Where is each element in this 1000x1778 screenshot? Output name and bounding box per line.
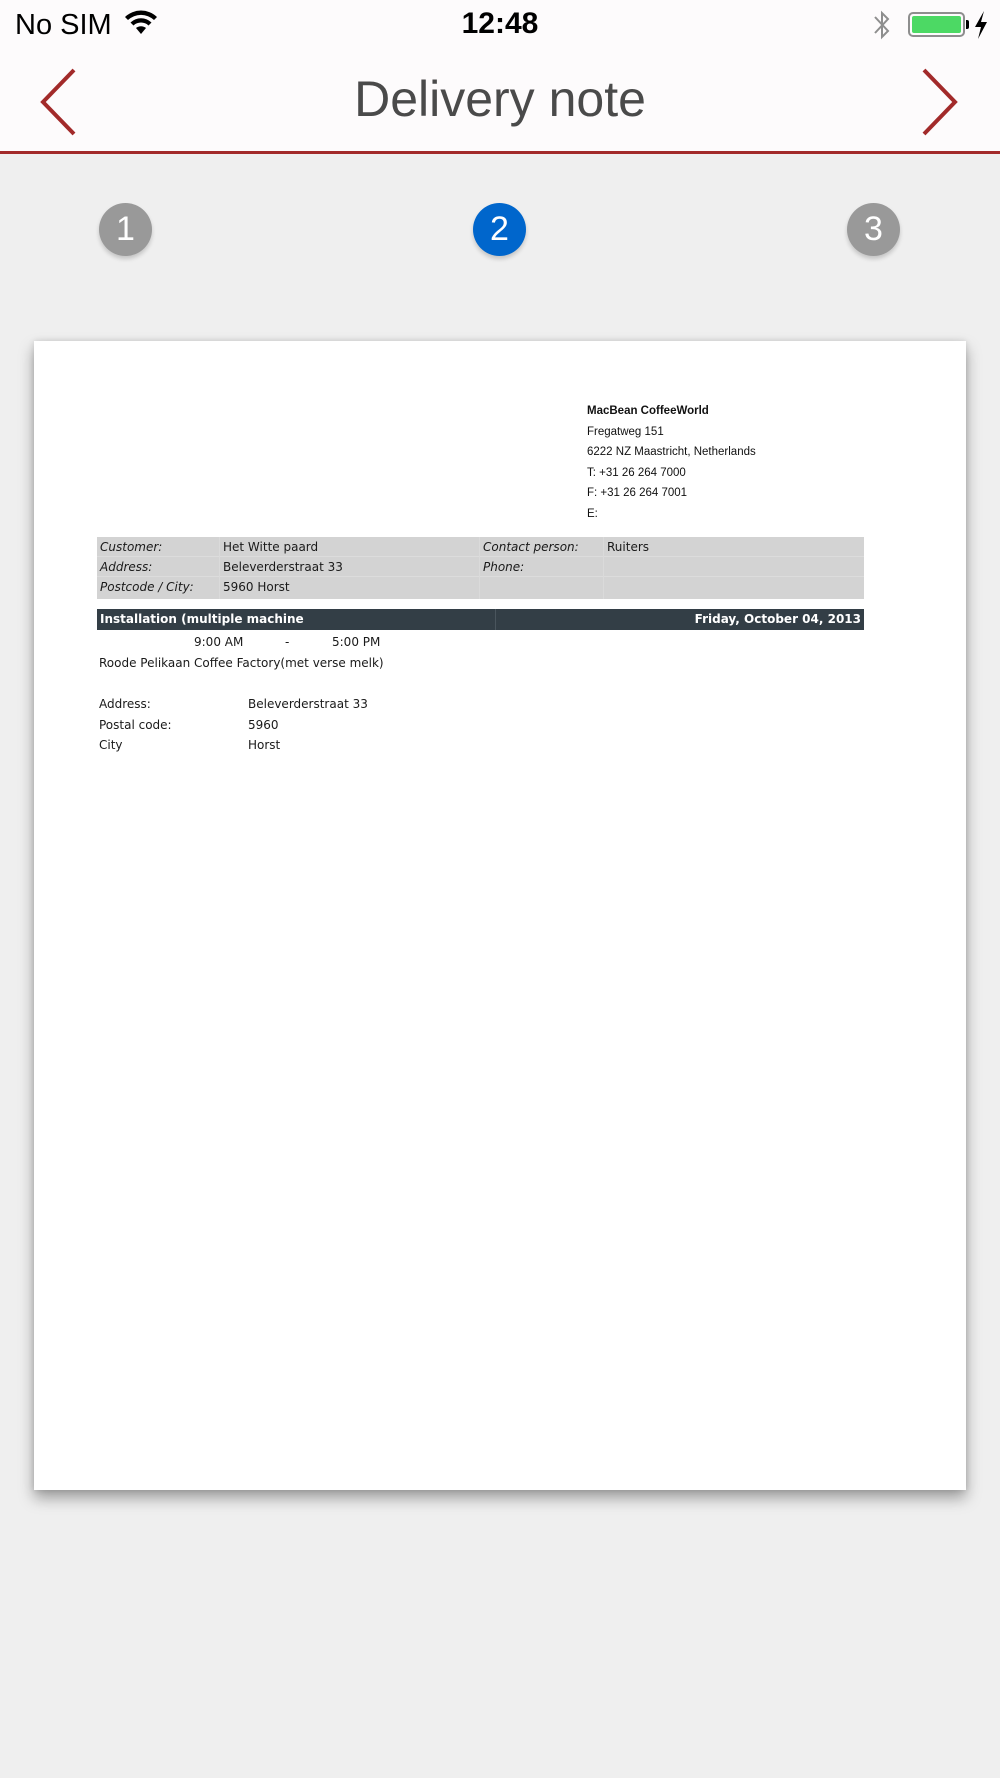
installation-title: Installation (multiple machine [100,612,304,626]
next-chevron-icon[interactable] [918,67,960,137]
site-address-row: Address: Beleverderstraat 33 [99,697,151,711]
postcode-value: 5960 Horst [223,580,290,594]
step-3-button[interactable]: 3 [847,203,900,256]
contact-label: Contact person: [483,540,579,554]
navigation-bar: Delivery note [0,50,1000,150]
contact-value: Ruiters [607,540,649,554]
header-divider [495,609,496,630]
status-bar: No SIM 12:48 [0,0,1000,50]
step-1-button[interactable]: 1 [99,203,152,256]
address-value: Beleverderstraat 33 [223,560,343,574]
site-address-value: Beleverderstraat 33 [248,697,368,711]
step-2-button[interactable]: 2 [473,203,526,256]
customer-row: Customer: Het Witte paard Contact person… [97,537,864,557]
time-separator: - [285,635,289,649]
clock: 12:48 [0,7,1000,41]
site-city-label: City [99,738,123,752]
page-title: Delivery note [0,70,1000,128]
company-email: E: [587,504,756,525]
site-city-row: City Horst [99,738,123,752]
company-fax: F: +31 26 264 7001 [587,483,756,504]
customer-table: Customer: Het Witte paard Contact person… [97,537,864,599]
company-street: Fregatweg 151 [587,422,756,443]
site-city-value: Horst [248,738,280,752]
end-time: 5:00 PM [332,635,380,649]
charging-bolt-icon [973,10,989,40]
site-postal-row: Postal code: 5960 [99,718,172,732]
column-divider [219,537,220,599]
battery-level [912,16,961,33]
site-address-label: Address: [99,697,151,711]
installation-date: Friday, October 04, 2013 [695,612,861,626]
company-phone: T: +31 26 264 7000 [587,463,756,484]
phone-label: Phone: [483,560,524,574]
nav-divider [0,151,1000,154]
company-name: MacBean CoffeeWorld [587,401,756,422]
postcode-label: Postcode / City: [100,580,194,594]
installation-location: Roode Pelikaan Coffee Factory(met verse … [99,656,384,670]
company-city: 6222 NZ Maastricht, Netherlands [587,442,756,463]
company-address-block: MacBean CoffeeWorld Fregatweg 151 6222 N… [587,401,756,524]
column-divider [479,537,480,599]
installation-header: Installation (multiple machine Friday, O… [97,609,864,630]
address-row: Address: Beleverderstraat 33 Phone: [97,557,864,577]
customer-value: Het Witte paard [223,540,318,554]
address-label: Address: [100,560,152,574]
start-time: 9:00 AM [194,635,243,649]
document-page: MacBean CoffeeWorld Fregatweg 151 6222 N… [34,341,966,1490]
bluetooth-icon [871,8,893,42]
battery-nub [966,20,969,29]
column-divider [603,537,604,599]
customer-label: Customer: [100,540,162,554]
postcode-row: Postcode / City: 5960 Horst [97,577,864,597]
battery-icon [908,12,965,37]
site-postal-label: Postal code: [99,718,172,732]
site-postal-value: 5960 [248,718,279,732]
